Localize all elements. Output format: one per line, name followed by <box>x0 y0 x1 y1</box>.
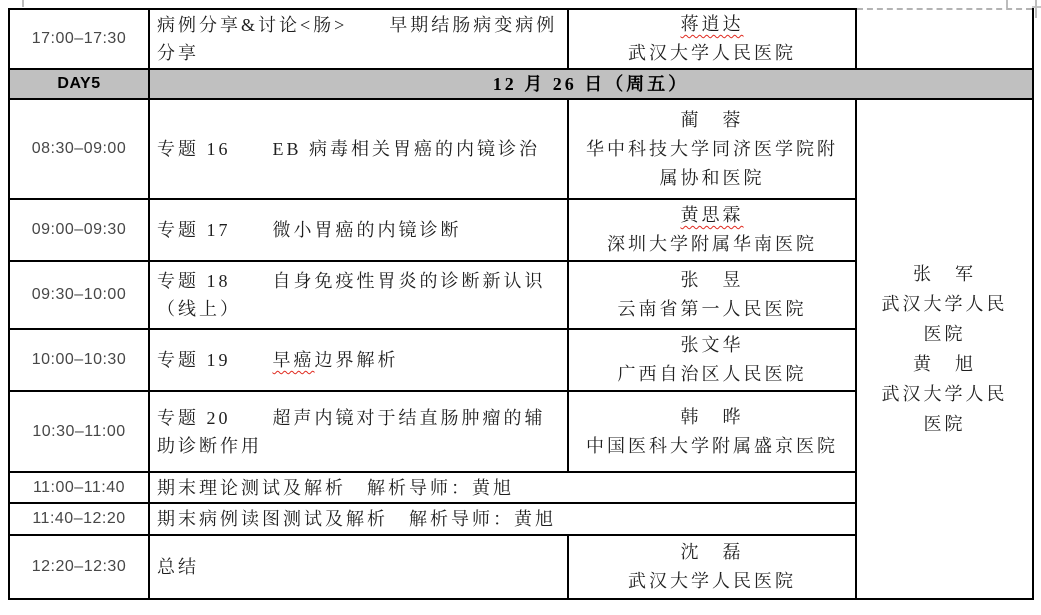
time-cell: 12:20–12:30 <box>9 535 149 599</box>
session-line: 专题 19 早癌边界解析 <box>157 346 563 374</box>
session-cell: 病例分享&讨论<肠> 早期结肠病变病例 分享 <box>149 9 568 69</box>
speaker-org-line: 广西自治区人民医院 <box>569 360 855 389</box>
session-line: 总结 <box>157 553 563 581</box>
time-cell: 17:00–17:30 <box>9 9 149 69</box>
speaker-cell: 张 昱 云南省第一人民医院 <box>568 261 856 329</box>
session-line: 专题 18 自身免疫性胃炎的诊断新认识 <box>157 267 563 295</box>
time-cell: 08:30–09:00 <box>9 99 149 199</box>
moderator-line: 武汉大学人民 <box>857 289 1032 319</box>
session-cell: 专题 20 超声内镜对于结直肠肿瘤的辅 助诊断作用 <box>149 391 568 472</box>
speaker-org-line: 属协和医院 <box>569 164 855 193</box>
time-cell: 11:00–11:40 <box>9 472 149 503</box>
time-cell: 09:00–09:30 <box>9 199 149 261</box>
speaker-cell: 韩 晔 中国医科大学附属盛京医院 <box>568 391 856 472</box>
moderator-line: 黄 旭 <box>857 349 1032 379</box>
session-cell: 专题 18 自身免疫性胃炎的诊断新认识 （线上） <box>149 261 568 329</box>
session-line: 专题 16 EB 病毒相关胃癌的内镜诊治 <box>157 135 563 163</box>
speaker-org-line: 深圳大学附属华南医院 <box>569 230 855 259</box>
session-line: 分享 <box>157 39 563 67</box>
empty-cell <box>856 9 1033 69</box>
session-line: 期末病例读图测试及解析 解析导师：黄旭 <box>157 505 851 533</box>
session-line: 期末理论测试及解析 解析导师：黄旭 <box>157 474 851 502</box>
session-cell: 专题 16 EB 病毒相关胃癌的内镜诊治 <box>149 99 568 199</box>
speaker-name: 韩 晔 <box>569 403 855 432</box>
time-cell: 11:40–12:20 <box>9 503 149 535</box>
time-cell: 09:30–10:00 <box>9 261 149 329</box>
day-label-cell: DAY5 <box>9 69 149 99</box>
page-boundary-mark-top-left <box>22 0 24 7</box>
speaker-org-line: 华中科技大学同济医学院附 <box>569 135 855 164</box>
table-row: 17:00–17:30 病例分享&讨论<肠> 早期结肠病变病例 分享 蒋逍达 武… <box>9 9 1033 69</box>
session-line: （线上） <box>157 295 563 323</box>
schedule-table: 17:00–17:30 病例分享&讨论<肠> 早期结肠病变病例 分享 蒋逍达 武… <box>8 8 1034 600</box>
page-boundary-mark-top-right-tick <box>1006 0 1008 8</box>
time-cell: 10:30–11:00 <box>9 391 149 472</box>
day-header-row: DAY5 12 月 26 日（周五） <box>9 69 1033 99</box>
speaker-name: 蒋逍达 <box>569 10 855 39</box>
speaker-org-line: 云南省第一人民医院 <box>569 295 855 324</box>
session-cell: 专题 19 早癌边界解析 <box>149 329 568 391</box>
moderator-cell: 张 军 武汉大学人民 医院 黄 旭 武汉大学人民 医院 <box>856 99 1033 599</box>
date-cell: 12 月 26 日（周五） <box>149 69 1033 99</box>
moderator-line: 医院 <box>857 319 1032 349</box>
session-line: 专题 20 超声内镜对于结直肠肿瘤的辅 <box>157 404 563 432</box>
speaker-cell: 张文华 广西自治区人民医院 <box>568 329 856 391</box>
speaker-name: 黄思霖 <box>569 201 855 230</box>
speaker-org-line: 中国医科大学附属盛京医院 <box>569 432 855 461</box>
speaker-name: 沈 磊 <box>569 538 855 567</box>
speaker-name: 蔺 蓉 <box>569 106 855 135</box>
time-cell: 10:00–10:30 <box>9 329 149 391</box>
page-boundary-mark-right-edge <box>1035 0 1037 18</box>
speaker-cell: 沈 磊 武汉大学人民医院 <box>568 535 856 599</box>
session-cell: 总结 <box>149 535 568 599</box>
speaker-name: 张 昱 <box>569 266 855 295</box>
speaker-cell: 蒋逍达 武汉大学人民医院 <box>568 9 856 69</box>
speaker-org-line: 武汉大学人民医院 <box>569 567 855 596</box>
speaker-cell: 黄思霖 深圳大学附属华南医院 <box>568 199 856 261</box>
session-line: 助诊断作用 <box>157 432 563 460</box>
moderator-line: 武汉大学人民 <box>857 379 1032 409</box>
speaker-cell: 蔺 蓉 华中科技大学同济医学院附 属协和医院 <box>568 99 856 199</box>
moderator-line: 张 军 <box>857 259 1032 289</box>
merged-session-cell: 期末理论测试及解析 解析导师：黄旭 <box>149 472 856 503</box>
merged-session-cell: 期末病例读图测试及解析 解析导师：黄旭 <box>149 503 856 535</box>
speaker-name: 张文华 <box>569 331 855 360</box>
speaker-org-line: 武汉大学人民医院 <box>569 39 855 68</box>
moderator-line: 医院 <box>857 409 1032 439</box>
table-row: 08:30–09:00 专题 16 EB 病毒相关胃癌的内镜诊治 蔺 蓉 华中科… <box>9 99 1033 199</box>
session-line: 专题 17 微小胃癌的内镜诊断 <box>157 216 563 244</box>
session-cell: 专题 17 微小胃癌的内镜诊断 <box>149 199 568 261</box>
session-line: 病例分享&讨论<肠> 早期结肠病变病例 <box>157 11 563 39</box>
